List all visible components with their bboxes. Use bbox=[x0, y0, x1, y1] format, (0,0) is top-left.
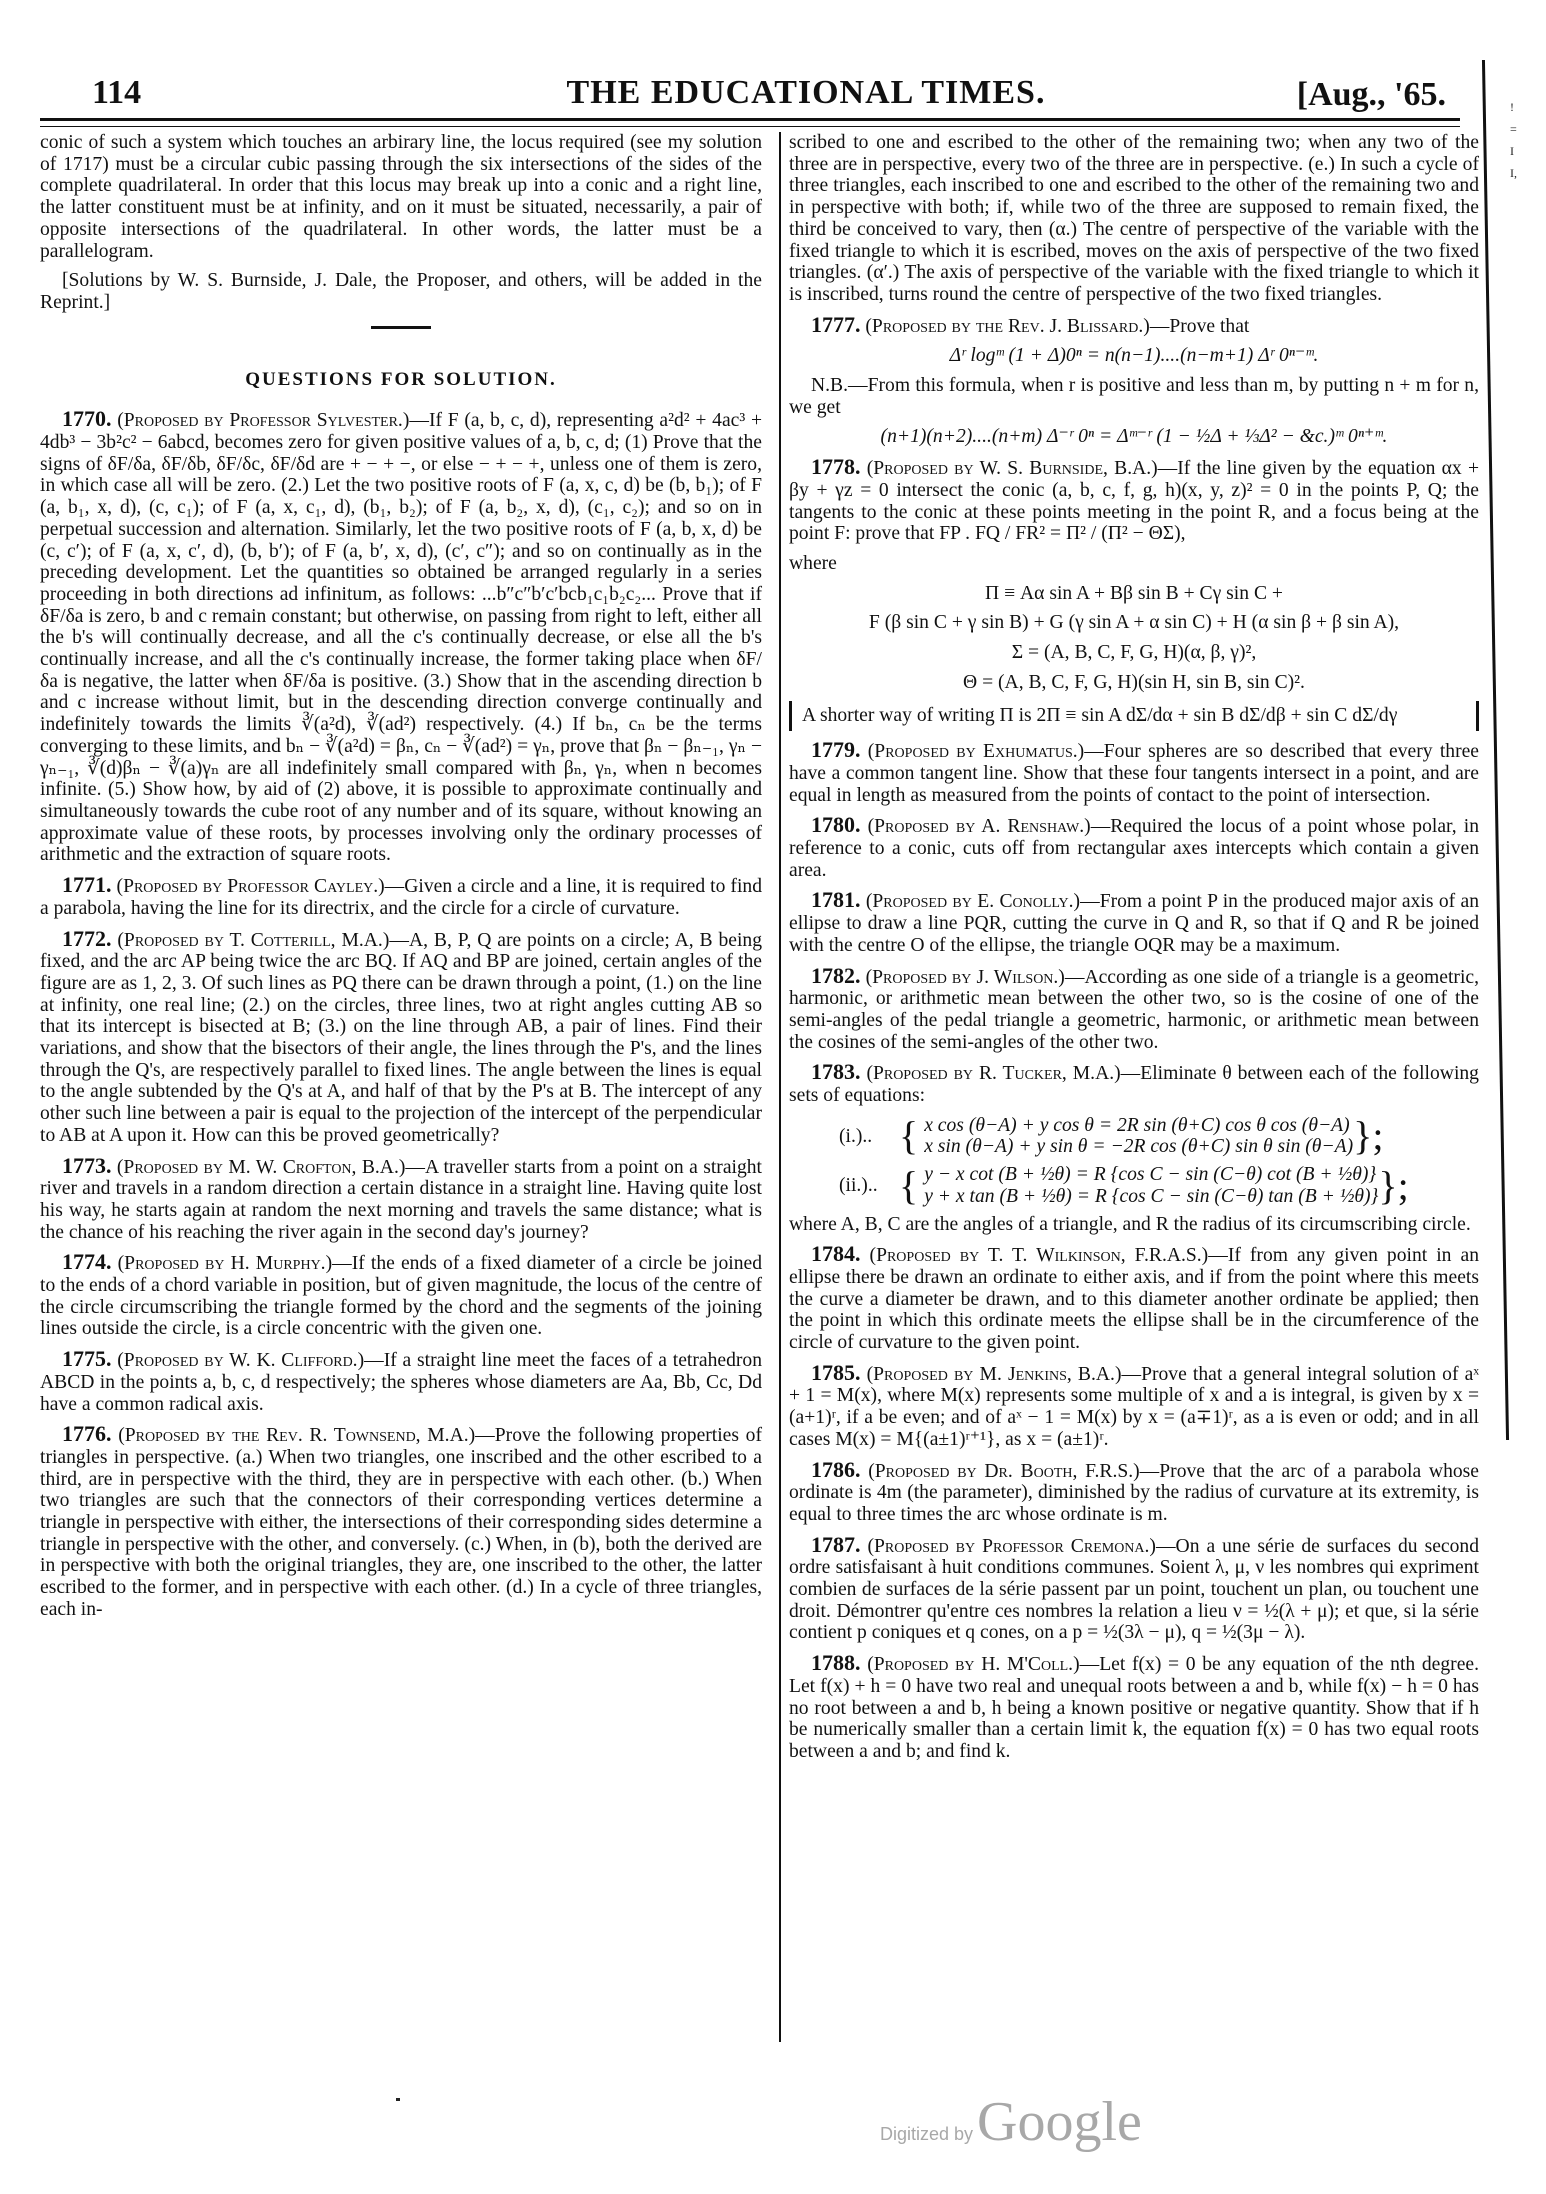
question-1785: 1785. (Proposed by M. Jenkins, B.A.)—Pro… bbox=[789, 1362, 1479, 1451]
where-label: where bbox=[789, 553, 1479, 575]
question-proposer: (Proposed by T. T. Wilkinson, F.R.A.S.) bbox=[870, 1245, 1209, 1266]
definition-pi-1: Π ≡ Aα sin A + Bβ sin B + Cγ sin C + bbox=[789, 583, 1479, 605]
question-number: 1774. bbox=[62, 1249, 112, 1274]
masthead-title: THE EDUCATIONAL TIMES. bbox=[356, 74, 1256, 112]
question-1783-outro: where A, B, C are the angles of a triang… bbox=[789, 1214, 1479, 1236]
continuation-1776: scribed to one and escribed to the other… bbox=[789, 132, 1479, 306]
equation-set-ii: (ii.).. { y − x cot (B + ½θ) = R {cos C … bbox=[839, 1164, 1479, 1207]
stray-mark bbox=[396, 2098, 400, 2101]
question-text: —Prove the following properties of trian… bbox=[40, 1425, 762, 1620]
question-1777: 1777. (Proposed by the Rev. J. Blissard.… bbox=[789, 314, 1479, 338]
question-proposer: (Proposed by Exhumatus.) bbox=[868, 741, 1084, 762]
equation-set-label: (ii.).. bbox=[839, 1175, 899, 1197]
question-1788: 1788. (Proposed by H. M'Coll.)—Let f(x) … bbox=[789, 1652, 1479, 1763]
question-proposer: (Proposed by the Rev. R. Townsend, M.A.) bbox=[118, 1425, 475, 1446]
equation-line: x sin (θ−A) + y sin θ = −2R cos (θ+C) si… bbox=[924, 1136, 1353, 1158]
equation-set-label: (i.).. bbox=[839, 1126, 899, 1148]
right-brace-icon: }; bbox=[1353, 1116, 1383, 1156]
question-proposer: (Proposed by M. W. Crofton, B.A.) bbox=[117, 1157, 405, 1178]
question-1787: 1787. (Proposed by Professor Cremona.)—O… bbox=[789, 1534, 1479, 1645]
question-1786: 1786. (Proposed by Dr. Booth, F.R.S.)—Pr… bbox=[789, 1459, 1479, 1526]
question-text: —A, B, P, Q are points on a circle; A, B… bbox=[40, 930, 762, 1146]
watermark-prefix: Digitized by bbox=[880, 2124, 973, 2144]
left-brace-icon: { bbox=[899, 1166, 918, 1206]
question-number: 1781. bbox=[811, 887, 861, 912]
question-number: 1776. bbox=[62, 1421, 112, 1446]
question-number: 1786. bbox=[811, 1457, 861, 1482]
question-1783: 1783. (Proposed by R. Tucker, M.A.)—Elim… bbox=[789, 1061, 1479, 1106]
bleed-through-marks: !=ΙΙ, bbox=[1510, 100, 1540, 188]
question-number: 1775. bbox=[62, 1346, 112, 1371]
question-1779: 1779. (Proposed by Exhumatus.)—Four sphe… bbox=[789, 739, 1479, 806]
question-number: 1779. bbox=[811, 737, 861, 762]
question-1784: 1784. (Proposed by T. T. Wilkinson, F.R.… bbox=[789, 1243, 1479, 1354]
right-column: scribed to one and escribed to the other… bbox=[789, 132, 1479, 1771]
question-proposer: (Proposed by T. Cotterill, M.A.) bbox=[117, 930, 389, 951]
definition-pi-2: F (β sin C + γ sin B) + G (γ sin A + α s… bbox=[789, 612, 1479, 634]
question-number: 1771. bbox=[62, 872, 112, 897]
digitized-watermark: Digitized byGoogle bbox=[880, 2090, 1142, 2154]
question-proposer: (Proposed by H. M'Coll.) bbox=[867, 1654, 1079, 1675]
nb-note: N.B.—From this formula, when r is positi… bbox=[789, 375, 1479, 418]
question-proposer: (Proposed by W. K. Clifford.) bbox=[117, 1350, 364, 1371]
question-proposer: (Proposed by H. Murphy.) bbox=[118, 1253, 332, 1274]
solutions-note: [Solutions by W. S. Burnside, J. Dale, t… bbox=[40, 270, 762, 313]
question-number: 1787. bbox=[811, 1532, 861, 1557]
question-proposer: (Proposed by Professor Sylvester.) bbox=[117, 410, 409, 431]
question-text: —If F (a, b, c, d), representing a²d² + … bbox=[40, 410, 762, 865]
question-1772: 1772. (Proposed by T. Cotterill, M.A.)—A… bbox=[40, 928, 762, 1147]
question-proposer: (Proposed by Professor Cayley.) bbox=[117, 876, 385, 897]
question-number: 1772. bbox=[62, 926, 112, 951]
page-number: 114 bbox=[92, 74, 141, 112]
definition-sigma: Σ = (A, B, C, F, G, H)(α, β, γ)², bbox=[789, 642, 1479, 664]
header-rule bbox=[40, 118, 1460, 127]
question-1782: 1782. (Proposed by J. Wilson.)—According… bbox=[789, 965, 1479, 1054]
question-number: 1777. bbox=[811, 312, 861, 337]
column-divider bbox=[779, 132, 781, 2042]
question-proposer: (Proposed by J. Wilson.) bbox=[866, 967, 1065, 988]
equation-line: x cos (θ−A) + y cos θ = 2R sin (θ+C) cos… bbox=[924, 1115, 1353, 1137]
left-column: conic of such a system which touches an … bbox=[40, 132, 762, 1629]
question-number: 1782. bbox=[811, 963, 861, 988]
question-1770: 1770. (Proposed by Professor Sylvester.)… bbox=[40, 408, 762, 866]
equation-set-i: (i.).. { x cos (θ−A) + y cos θ = 2R sin … bbox=[839, 1115, 1479, 1158]
section-divider bbox=[371, 326, 431, 329]
google-logo: Google bbox=[977, 2091, 1142, 2153]
definition-theta: Θ = (A, B, C, F, G, H)(sin H, sin B, sin… bbox=[789, 672, 1479, 694]
question-1778: 1778. (Proposed by W. S. Burnside, B.A.)… bbox=[789, 456, 1479, 545]
question-number: 1788. bbox=[811, 1650, 861, 1675]
continuation-paragraph: conic of such a system which touches an … bbox=[40, 132, 762, 262]
formula-1777: Δʳ logᵐ (1 + Δ)0ⁿ = n(n−1)....(n−m+1) Δʳ… bbox=[789, 345, 1479, 367]
left-brace-icon: { bbox=[899, 1116, 918, 1156]
question-number: 1784. bbox=[811, 1241, 861, 1266]
question-1776: 1776. (Proposed by the Rev. R. Townsend,… bbox=[40, 1423, 762, 1620]
question-proposer: (Proposed by the Rev. J. Blissard.) bbox=[865, 316, 1149, 337]
question-number: 1778. bbox=[811, 454, 861, 479]
page-header: 114 THE EDUCATIONAL TIMES. [Aug., '65. bbox=[56, 66, 1466, 122]
question-1771: 1771. (Proposed by Professor Cayley.)—Gi… bbox=[40, 874, 762, 919]
question-1775: 1775. (Proposed by W. K. Clifford.)—If a… bbox=[40, 1348, 762, 1415]
question-1773: 1773. (Proposed by M. W. Crofton, B.A.)—… bbox=[40, 1155, 762, 1244]
page-edge-line bbox=[1482, 60, 1509, 1440]
issue-date: [Aug., '65. bbox=[1297, 76, 1446, 114]
question-1774: 1774. (Proposed by H. Murphy.)—If the en… bbox=[40, 1251, 762, 1340]
question-number: 1780. bbox=[811, 812, 861, 837]
question-1781: 1781. (Proposed by E. Conolly.)—From a p… bbox=[789, 889, 1479, 956]
question-proposer: (Proposed by Dr. Booth, F.R.S.) bbox=[868, 1461, 1139, 1482]
question-number: 1773. bbox=[62, 1153, 112, 1178]
equation-line: y − x cot (B + ½θ) = R {cos C − sin (C−θ… bbox=[924, 1164, 1378, 1186]
equation-line: y + x tan (B + ½θ) = R {cos C − sin (C−θ… bbox=[924, 1186, 1378, 1208]
bracketed-note: A shorter way of writing Π is 2Π ≡ sin A… bbox=[789, 701, 1479, 731]
right-brace-icon: }; bbox=[1378, 1166, 1408, 1206]
question-proposer: (Proposed by E. Conolly.) bbox=[866, 891, 1080, 912]
formula-1777-derived: (n+1)(n+2)....(n+m) Δ⁻ʳ 0ⁿ = Δᵐ⁻ʳ (1 − ½… bbox=[789, 426, 1479, 448]
question-number: 1785. bbox=[811, 1360, 861, 1385]
section-title: QUESTIONS FOR SOLUTION. bbox=[40, 369, 762, 391]
question-proposer: (Proposed by R. Tucker, M.A.) bbox=[866, 1063, 1120, 1084]
question-proposer: (Proposed by A. Renshaw.) bbox=[868, 816, 1091, 837]
question-proposer: (Proposed by M. Jenkins, B.A.) bbox=[867, 1364, 1122, 1385]
question-proposer: (Proposed by W. S. Burnside, B.A.) bbox=[867, 458, 1158, 479]
question-1780: 1780. (Proposed by A. Renshaw.)—Required… bbox=[789, 814, 1479, 881]
question-proposer: (Proposed by Professor Cremona.) bbox=[867, 1536, 1155, 1557]
question-number: 1770. bbox=[62, 406, 112, 431]
question-text: —Prove that bbox=[1150, 316, 1250, 337]
question-number: 1783. bbox=[811, 1059, 861, 1084]
